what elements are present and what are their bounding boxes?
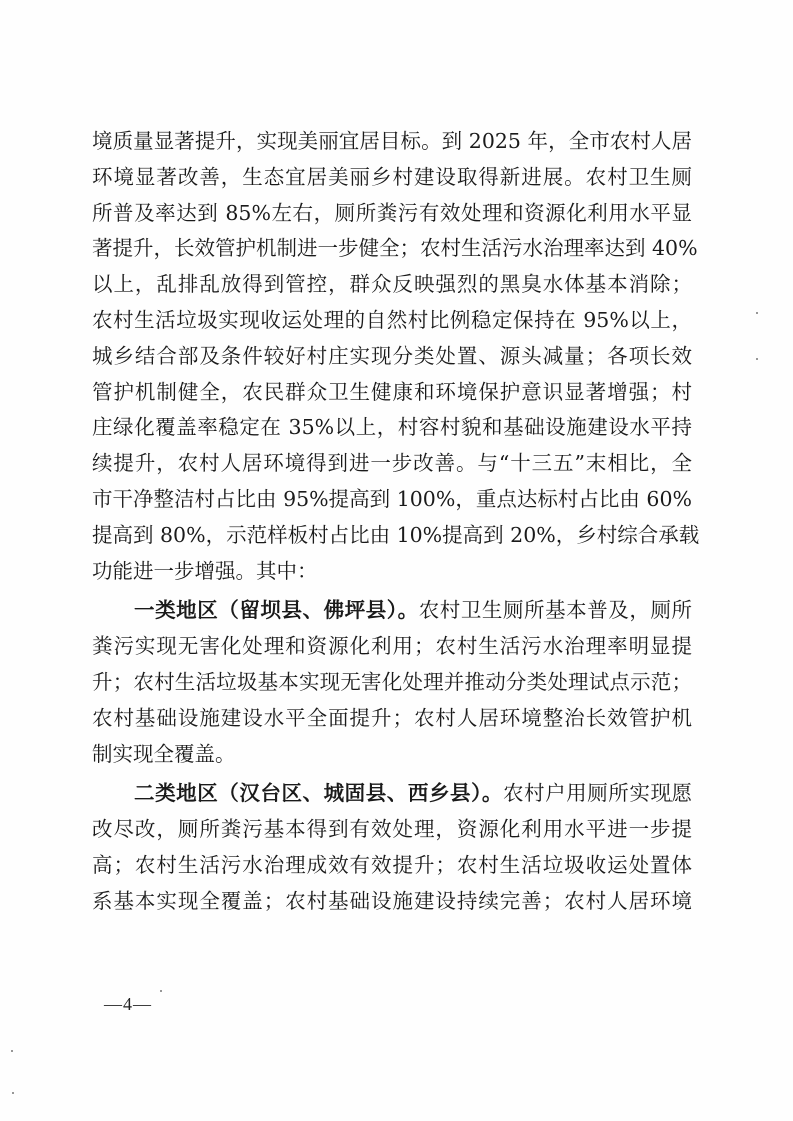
paragraph-targets: 境质量显著提升，实现美丽宜居目标。到 2025 年，全市农村人居 环境显著改善，… [92,124,692,589]
scan-speck [756,358,758,360]
category-text: 农村户用厕所实现愿 [503,781,692,805]
text-line: 农村基础设施建设水平全面提升；农村人居环境整治长效管护机 [92,701,692,737]
document-page: 境质量显著提升，实现美丽宜居目标。到 2025 年，全市农村人居 环境显著改善，… [0,0,793,1121]
text-line: 农村生活垃圾实现收运处理的自然村比例稳定保持在 95%以上， [92,303,692,339]
category-heading: 二类地区（汉台区、城固县、西乡县）。 [134,781,503,805]
page-number: —4— [104,994,152,1015]
scan-speck [11,1050,13,1052]
text-line: 续提升，农村人居环境得到进一步改善。与“十三五”末相比，全 [92,446,692,482]
text-line: 以上，乱排乱放得到管控，群众反映强烈的黑臭水体基本消除； [92,267,692,303]
document-body: 境质量显著提升，实现美丽宜居目标。到 2025 年，全市农村人居 环境显著改善，… [92,124,692,920]
text-line: 著提升，长效管护机制进一步健全；农村生活污水治理率达到 40% [92,231,692,267]
text-line: 系基本实现全覆盖；农村基础设施建设持续完善；农村人居环境 [92,884,692,920]
scan-speck [160,990,162,992]
text-line: 一类地区（留坝县、佛坪县）。农村卫生厕所基本普及，厕所 [92,593,692,629]
text-line: 高；农村生活污水治理成效有效提升；农村生活垃圾收运处置体 [92,848,692,884]
text-line: 管护机制健全，农民群众卫生健康和环境保护意识显著增强；村 [92,375,692,411]
text-line: 城乡结合部及条件较好村庄实现分类处置、源头减量；各项长效 [92,339,692,375]
text-line: 环境显著改善，生态宜居美丽乡村建设取得新进展。农村卫生厕 [92,160,692,196]
text-line: 境质量显著提升，实现美丽宜居目标。到 2025 年，全市农村人居 [92,124,692,160]
text-line: 市干净整洁村占比由 95%提高到 100%，重点达标村占比由 60% [92,482,692,518]
scan-speck [756,312,758,314]
text-line: 粪污实现无害化处理和资源化利用；农村生活污水治理率明显提 [92,629,692,665]
category-heading: 一类地区（留坝县、佛坪县）。 [134,598,419,622]
scan-speck [670,800,672,802]
category-text: 农村卫生厕所基本普及，厕所 [419,598,692,622]
text-line: 升；农村生活垃圾基本实现无害化处理并推动分类处理试点示范； [92,665,692,701]
paragraph-category-one: 一类地区（留坝县、佛坪县）。农村卫生厕所基本普及，厕所 粪污实现无害化处理和资源… [92,593,692,772]
paragraph-category-two: 二类地区（汉台区、城固县、西乡县）。农村户用厕所实现愿 改尽改，厕所粪污基本得到… [92,776,692,919]
scan-speck [12,1092,14,1094]
text-line: 提高到 80%，示范样板村占比由 10%提高到 20%，乡村综合承载 [92,518,692,554]
text-line: 改尽改，厕所粪污基本得到有效处理，资源化利用水平进一步提 [92,812,692,848]
text-line: 所普及率达到 85%左右，厕所粪污有效处理和资源化利用水平显 [92,196,692,232]
text-line: 功能进一步增强。其中： [92,554,692,590]
text-line: 庄绿化覆盖率稳定在 35%以上，村容村貌和基础设施建设水平持 [92,410,692,446]
text-line: 二类地区（汉台区、城固县、西乡县）。农村户用厕所实现愿 [92,776,692,812]
text-line: 制实现全覆盖。 [92,737,692,773]
